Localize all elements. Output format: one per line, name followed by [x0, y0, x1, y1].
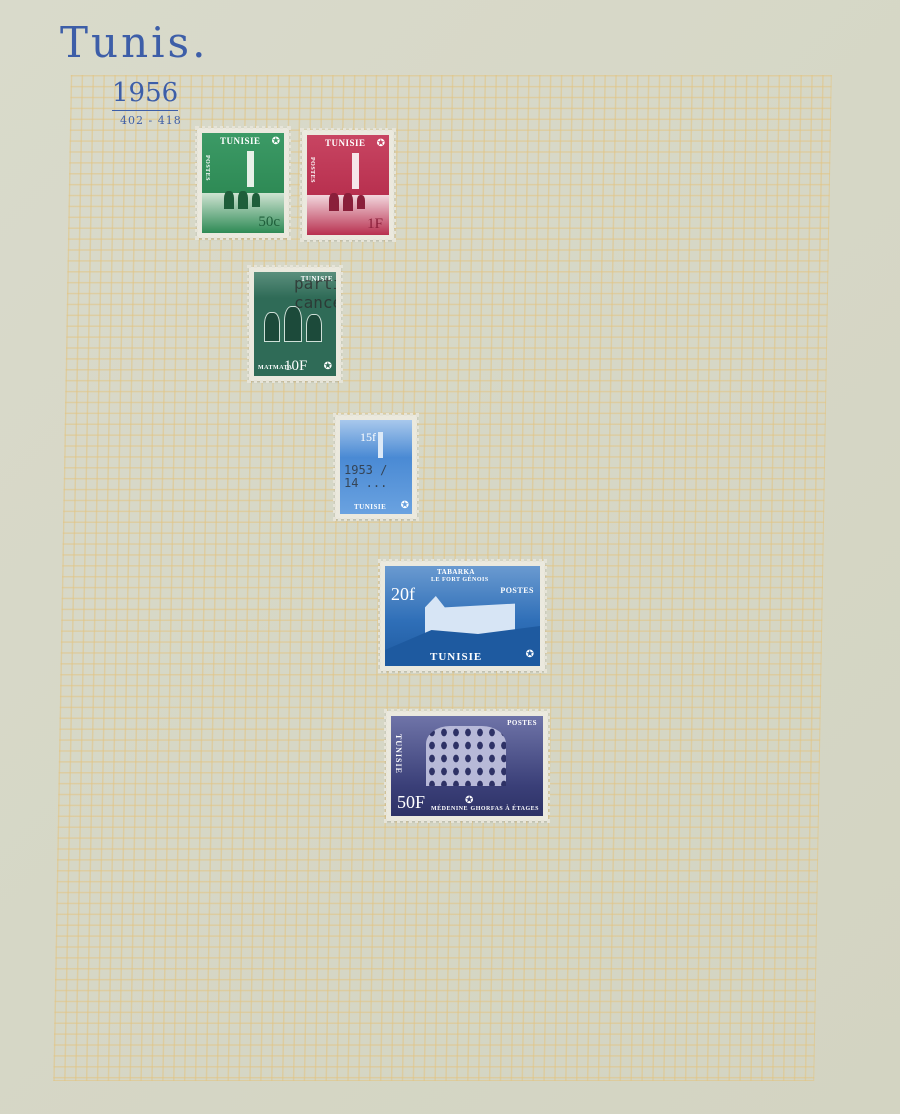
- stamp-country: TUNISIE: [325, 138, 366, 148]
- stamp-side-text: POSTES: [204, 155, 210, 181]
- arch: [252, 193, 260, 207]
- stamp-side-text: POSTES: [309, 157, 315, 183]
- star-crescent-icon: ✪: [377, 138, 385, 149]
- arch: [238, 191, 248, 209]
- stamp-top-right: POSTES: [500, 586, 534, 595]
- stamp-caption: MÉDENINE: [431, 806, 468, 812]
- year-handwriting: 1956: [112, 78, 178, 111]
- stamp-1f-red[interactable]: TUNISIE ✪ POSTES 1F: [302, 130, 394, 240]
- stamp-caption: TABARKA: [437, 568, 475, 576]
- stamp-denomination: 15f: [360, 430, 376, 445]
- album-page: Tunis. 1956 402 - 418 TUNISIE ✪ POSTES 5…: [0, 0, 900, 1114]
- catalogue-range: 402 - 418: [120, 114, 182, 127]
- stamp-20f-tabarka[interactable]: TABARKA LE FORT GÉNOIS POSTES 20f TUNISI…: [380, 561, 545, 671]
- star-crescent-icon: ✪: [465, 795, 473, 806]
- stamp-denomination: 50c: [258, 214, 280, 231]
- minaret: [378, 432, 383, 458]
- stamp-denomination: 1F: [367, 216, 383, 233]
- country-handwriting: Tunis.: [60, 18, 208, 67]
- stamp-subcaption: GHORFAS À ÉTAGES: [471, 806, 539, 812]
- minaret: [247, 151, 254, 187]
- stamp-50f-medenine[interactable]: POSTES TUNISIE 50F MÉDENINE ✪ GHORFAS À …: [386, 711, 548, 821]
- arch: [224, 191, 234, 209]
- arch: [357, 195, 365, 209]
- stamp-denomination: 50F: [397, 792, 425, 813]
- stamp-country: TUNISIE: [220, 136, 261, 146]
- star-crescent-icon: ✪: [401, 500, 409, 511]
- postmark: partial cancel: [294, 274, 336, 312]
- arch: [306, 314, 322, 342]
- stamp-subcaption: LE FORT GÉNOIS: [431, 577, 489, 583]
- stamp-country: TUNISIE: [394, 734, 403, 774]
- stamp-10f-green[interactable]: TUNISIE MATMATA 10F ✪ partial cancel: [249, 267, 341, 381]
- stamp-15f-blue[interactable]: 15f TUNISIE ✪ 1953 / 14 ...: [335, 415, 417, 519]
- ghorfas: [426, 726, 506, 786]
- stamp-country: TUNISIE: [354, 503, 386, 511]
- stamp-country: TUNISIE: [430, 651, 482, 663]
- stamp-top-right: POSTES: [507, 719, 537, 727]
- star-crescent-icon: ✪: [526, 649, 534, 660]
- fort: [425, 596, 515, 634]
- arch: [264, 312, 280, 342]
- stamp-denomination: 10F: [284, 358, 307, 375]
- arch: [329, 193, 339, 211]
- stamp-50c-green[interactable]: TUNISIE ✪ POSTES 50c: [197, 128, 289, 238]
- stamp-denomination: 20f: [391, 584, 415, 605]
- arch: [343, 193, 353, 211]
- minaret: [352, 153, 359, 189]
- star-crescent-icon: ✪: [272, 136, 280, 147]
- star-crescent-icon: ✪: [324, 361, 332, 372]
- postmark: 1953 / 14 ...: [344, 464, 404, 490]
